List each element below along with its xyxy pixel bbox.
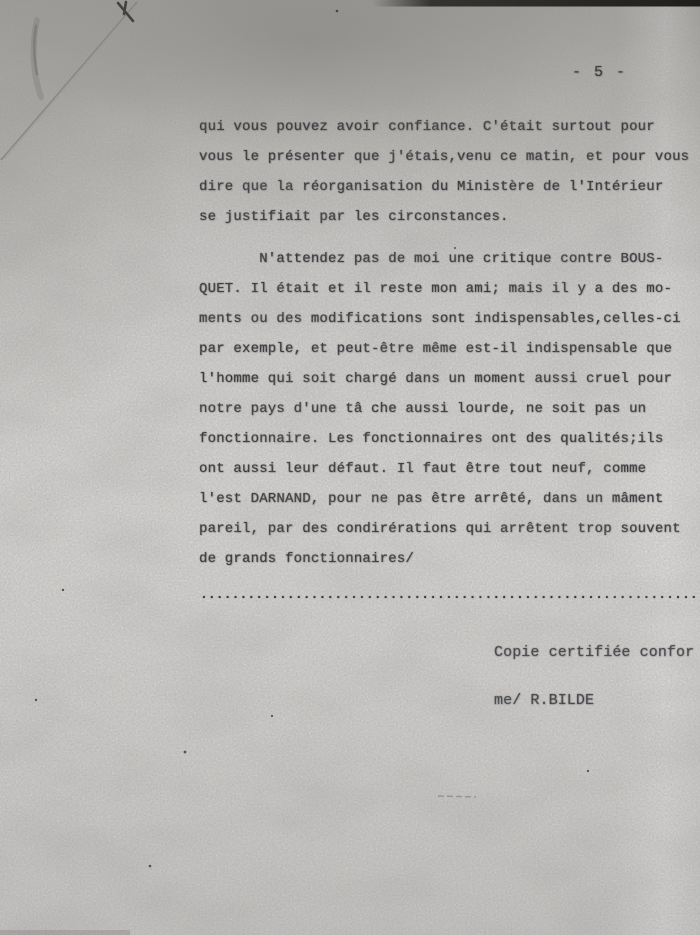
certification-line-2: me/ R.BILDE: [494, 693, 694, 709]
page-number: - 5 -: [572, 64, 627, 81]
scan-edge-bottom-left: [0, 930, 130, 935]
scanned-document-page: - 5 - qui vous pouvez avoir confiance. C…: [0, 0, 700, 935]
scan-edge-top: [372, 0, 700, 7]
left-smudge: [34, 20, 41, 97]
left-smudge-core: [34, 26, 37, 74]
paragraph-2: N'attendez pas de moi une critique contr…: [199, 244, 681, 574]
fold-crease-shadow: [4, 5, 136, 158]
ink-mark-top-left: [118, 2, 133, 21]
paragraph-1: qui vous pouvez avoir confiance. C'était…: [199, 112, 689, 232]
dotted-separator-line: ........................................…: [200, 588, 700, 602]
faint-dash-mark: [438, 796, 476, 797]
certification-line-1: Copie certifiée confor: [494, 645, 694, 661]
fold-crease-line: [1, 2, 137, 160]
certification-note: Copie certifiée confor me/ R.BILDE: [494, 613, 694, 741]
